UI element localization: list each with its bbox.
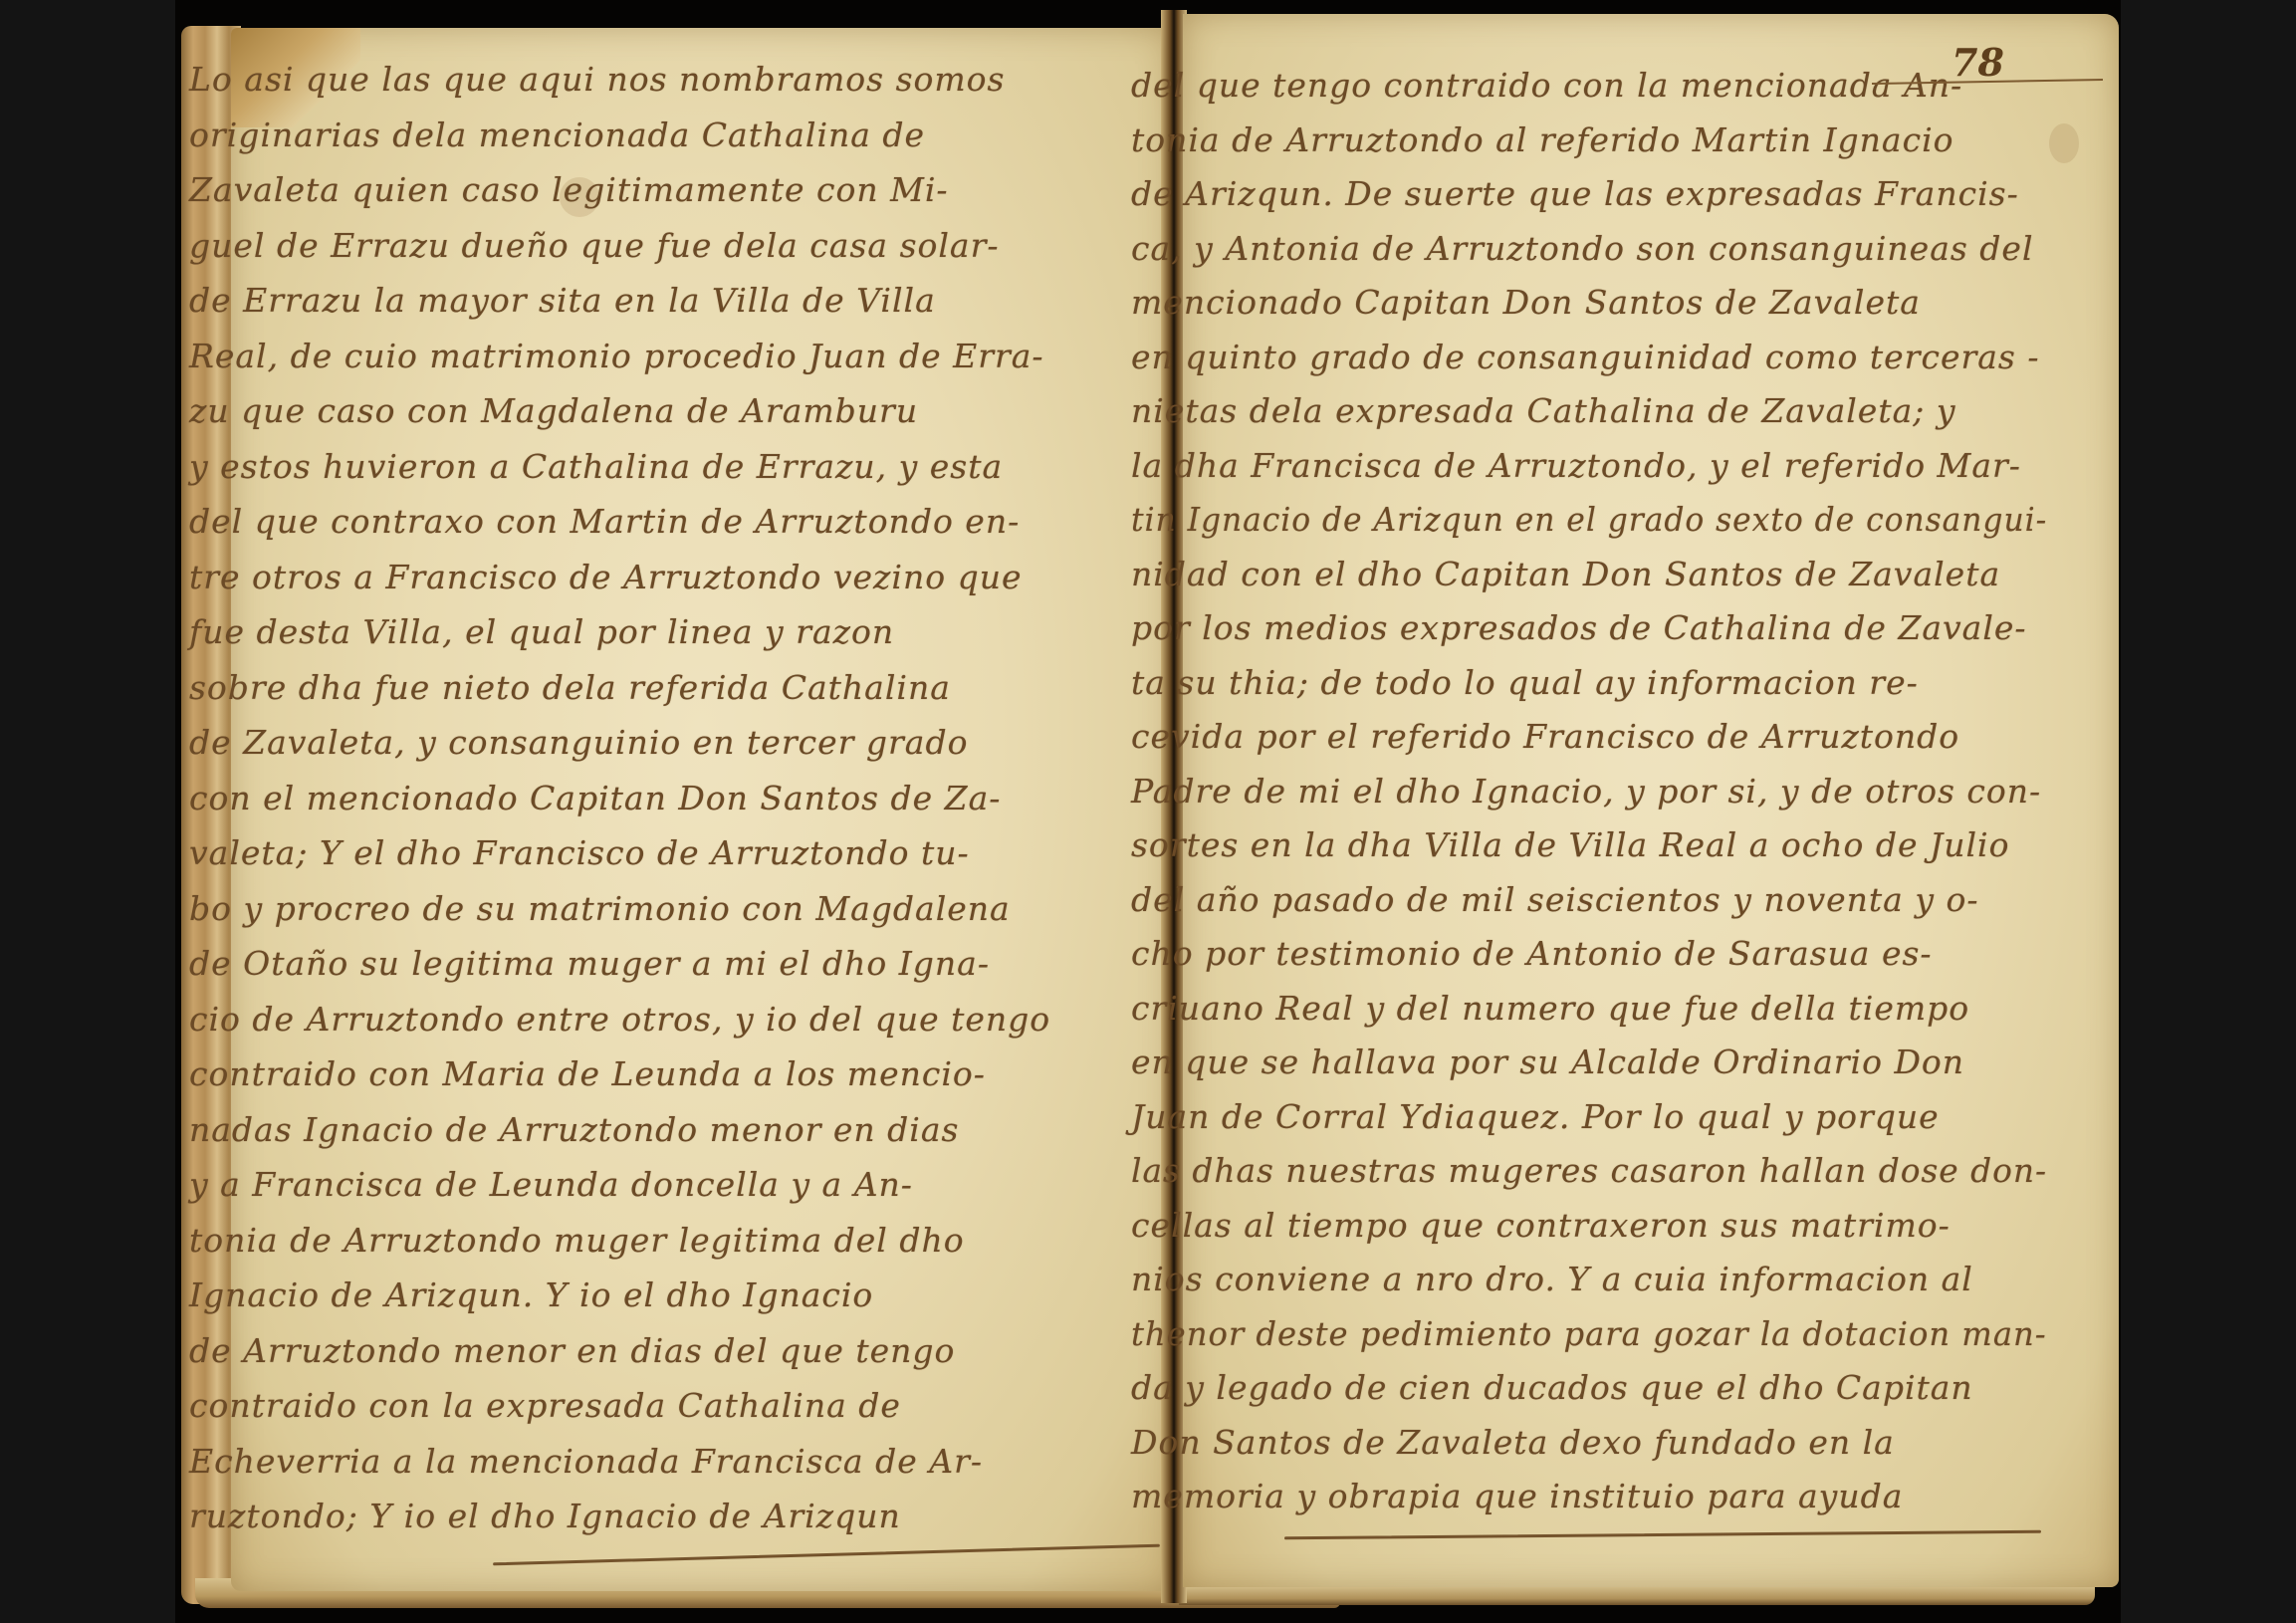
manuscript-line: nidad con el dho Capitan Don Santos de Z… (1131, 555, 2000, 593)
manuscript-line: nadas Ignacio de Arruztondo menor en dia… (189, 1110, 959, 1149)
manuscript-line: contraido con la expresada Cathalina de (189, 1386, 901, 1425)
manuscript-line: tonia de Arruztondo muger legitima del d… (189, 1221, 965, 1260)
manuscript-line: thenor deste pedimiento para gozar la do… (1131, 1314, 2047, 1353)
manuscript-line: zu que caso con Magdalena de Aramburu (189, 391, 918, 430)
manuscript-line: Ignacio de Arizqun. Y io el dho Ignacio (189, 1275, 873, 1314)
frame-left-margin (0, 0, 175, 1623)
manuscript-line: en que se hallava por su Alcalde Ordinar… (1131, 1043, 1964, 1081)
manuscript-line: del que contraxo con Martin de Arruztond… (189, 502, 1020, 541)
manuscript-line: nietas dela expresada Cathalina de Zaval… (1131, 391, 1956, 430)
folio-number: 78 (1952, 40, 2004, 85)
manuscript-line: con el mencionado Capitan Don Santos de … (189, 779, 1001, 817)
manuscript-line: contraido con Maria de Leunda a los menc… (189, 1054, 986, 1093)
manuscript-line: ta su thia; de todo lo qual ay informaci… (1131, 663, 1919, 702)
manuscript-line: Juan de Corral Ydiaquez. Por lo qual y p… (1131, 1097, 1940, 1136)
manuscript-line: da y legado de cien ducados que el dho C… (1131, 1368, 1973, 1407)
manuscript-line: y estos huvieron a Cathalina de Errazu, … (189, 447, 1003, 486)
manuscript-line: del año pasado de mil seiscientos y nove… (1131, 880, 1979, 919)
manuscript-line: valeta; Y el dho Francisco de Arruztondo… (189, 833, 970, 872)
manuscript-line: ca, y Antonia de Arruztondo son consangu… (1131, 229, 2034, 268)
manuscript-line: sortes en la dha Villa de Villa Real a o… (1131, 825, 2009, 864)
manuscript-line: nios conviene a nro dro. Y a cuia inform… (1131, 1260, 1973, 1298)
manuscript-line: originarias dela mencionada Cathalina de (189, 116, 925, 154)
manuscript-line: de Otaño su legitima muger a mi el dho I… (189, 944, 990, 983)
manuscript-line: guel de Errazu dueño que fue dela casa s… (189, 226, 1000, 265)
manuscript-line: ruztondo; Y io el dho Ignacio de Arizqun (189, 1497, 901, 1535)
manuscript-line: de Arizqun. De suerte que las expresadas… (1131, 174, 2019, 213)
manuscript-line: del que tengo contraido con la mencionad… (1131, 66, 1962, 105)
ink-stain (2049, 123, 2079, 163)
manuscript-line: en quinto grado de consanguinidad como t… (1131, 338, 2040, 376)
manuscript-line: Zavaleta quien caso legitimamente con Mi… (189, 170, 949, 209)
manuscript-line: criuano Real y del numero que fue della … (1131, 989, 1969, 1028)
manuscript-line: por los medios expresados de Cathalina d… (1131, 608, 2027, 647)
manuscript-line: tonia de Arruztondo al referido Martin I… (1131, 120, 1954, 159)
manuscript-line: de Zavaleta, y consanguinio en tercer gr… (189, 723, 968, 762)
manuscript-line: tin Ignacio de Arizqun en el grado sexto… (1131, 500, 2047, 539)
manuscript-line: Padre de mi el dho Ignacio, y por si, y … (1131, 772, 2041, 811)
manuscript-line: de Arruztondo menor en dias del que teng… (189, 1331, 955, 1370)
manuscript-line: mencionado Capitan Don Santos de Zavalet… (1131, 283, 1921, 322)
manuscript-line: cellas al tiempo que contraxeron sus mat… (1131, 1206, 1951, 1245)
manuscript-line: Lo asi que las que aqui nos nombramos so… (189, 60, 1005, 99)
manuscript-line: bo y procreo de su matrimonio con Magdal… (189, 889, 1011, 928)
manuscript-line: Echeverria a la mencionada Francisca de … (189, 1442, 983, 1481)
manuscript-line: fue desta Villa, el qual por linea y raz… (189, 612, 894, 651)
manuscript-line: tre otros a Francisco de Arruztondo vezi… (189, 558, 1023, 596)
manuscript-line: cio de Arruztondo entre otros, y io del … (189, 1000, 1050, 1039)
manuscript-line: cho por testimonio de Antonio de Sarasua… (1131, 934, 1933, 973)
manuscript-line: y a Francisca de Leunda doncella y a An- (189, 1165, 913, 1204)
manuscript-line: Real, de cuio matrimonio procedio Juan d… (189, 337, 1044, 375)
manuscript-line: Don Santos de Zavaleta dexo fundado en l… (1131, 1423, 1895, 1462)
manuscript-line: memoria y obrapia que instituio para ayu… (1131, 1477, 1903, 1515)
manuscript-line: la dha Francisca de Arruztondo, y el ref… (1131, 446, 2021, 485)
manuscript-line: sobre dha fue nieto dela referida Cathal… (189, 668, 951, 707)
frame-right-margin (2121, 0, 2296, 1623)
manuscript-line: cevida por el referido Francisco de Arru… (1131, 717, 1959, 756)
manuscript-line: de Errazu la mayor sita en la Villa de V… (189, 281, 936, 320)
manuscript-line: las dhas nuestras mugeres casaron hallan… (1131, 1151, 2047, 1190)
